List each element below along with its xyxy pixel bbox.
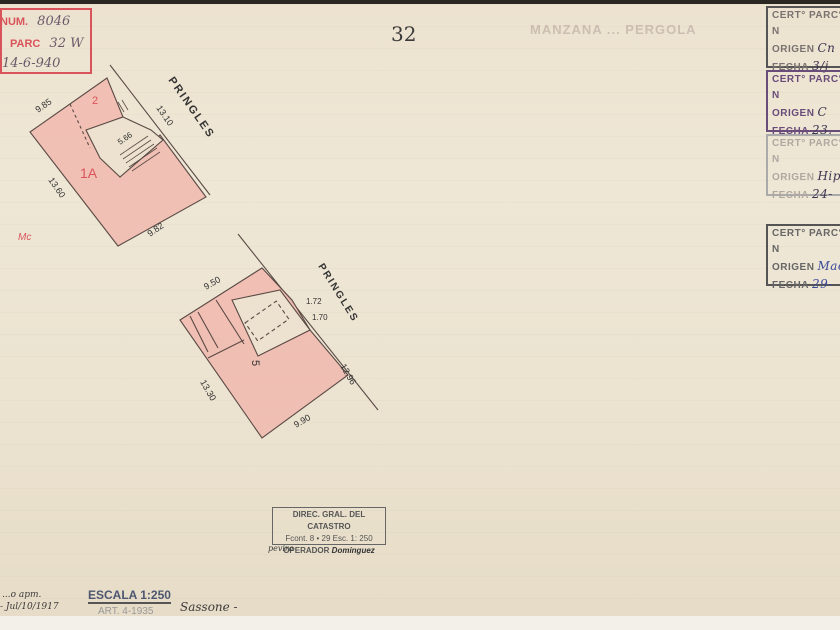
parcel-plan-drawing: 9.85 13.60 9.82 13.10 5.66 PRINGLES 1A 2… bbox=[0, 0, 840, 630]
street-label-upper: PRINGLES bbox=[166, 75, 217, 141]
catastro-stamp: DIREC. GRAL. DEL CATASTRO Fcont. 8 • 29 … bbox=[272, 507, 386, 545]
margin-note: Mc bbox=[18, 232, 31, 243]
scale-label: ESCALA 1:250 bbox=[88, 588, 171, 604]
rear-lot-label-upper: 2 bbox=[92, 95, 98, 107]
lower-parcel bbox=[180, 234, 378, 438]
dim-left-lower: 13.30 bbox=[198, 378, 218, 403]
scale-sub-label: ART. 4-1935 bbox=[98, 606, 153, 617]
signature-left-date: - Jul/10/1917 bbox=[0, 602, 59, 612]
signature-left-top: ...o apm. bbox=[2, 590, 41, 600]
dim-left-upper: 13.60 bbox=[46, 175, 67, 199]
dim-top-upper: 9.85 bbox=[33, 96, 53, 114]
lot-label-upper: 1A bbox=[80, 165, 98, 181]
dim-front-b-lower: 1.70 bbox=[312, 313, 328, 322]
signature-right: Sassone - bbox=[180, 600, 238, 614]
dim-top-lower: 9.50 bbox=[202, 274, 222, 291]
catastro-line1: DIREC. GRAL. DEL CATASTRO bbox=[273, 509, 385, 533]
dim-front-upper: 13.10 bbox=[154, 103, 175, 127]
dim-front-a-lower: 1.72 bbox=[306, 297, 322, 306]
dim-bottom-lower: 9.90 bbox=[292, 412, 312, 429]
catastro-signature: pevira bbox=[268, 544, 294, 553]
operador-value: Dominguez bbox=[332, 546, 375, 555]
lot-label-lower: 5 bbox=[249, 360, 261, 366]
